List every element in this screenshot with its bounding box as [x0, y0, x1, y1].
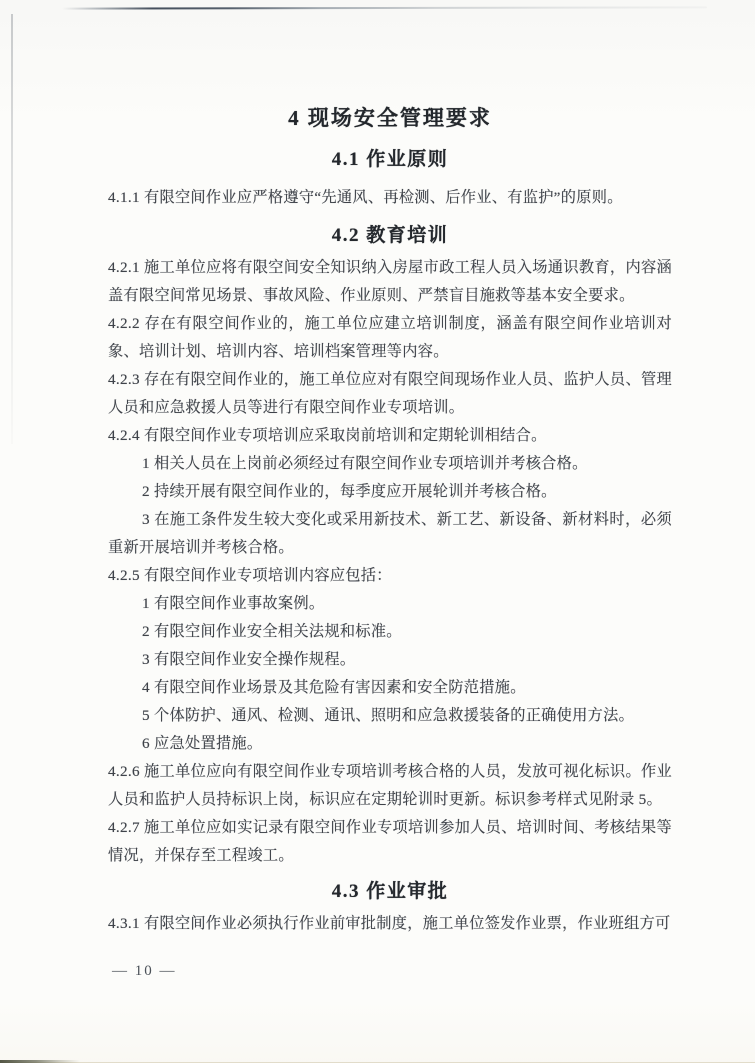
clause-4-1-1: 4.1.1 有限空间作业应严格遵守“先通风、再检测、后作业、有监护”的原则。	[108, 184, 672, 212]
chapter-heading: 4 现场安全管理要求	[108, 104, 672, 132]
scan-artifact-left-line	[11, 14, 13, 444]
scanned-document-page: 4 现场安全管理要求 4.1 作业原则 4.1.1 有限空间作业应严格遵守“先通…	[0, 0, 755, 1063]
section-heading-4-3: 4.3 作业审批	[108, 878, 672, 906]
clause-4-2-7: 4.2.7 施工单位应如实记录有限空间作业专项培训参加人员、培训时间、考核结果等…	[108, 814, 672, 870]
page-number: — 10 —	[112, 960, 177, 982]
clause-4-2-1: 4.2.1 施工单位应将有限空间安全知识纳入房屋市政工程人员入场通识教育，内容涵…	[108, 254, 672, 310]
clause-4-2-4-item-2: 2 持续开展有限空间作业的，每季度应开展轮训并考核合格。	[108, 478, 672, 506]
clause-4-2-4-item-3: 3 在施工条件发生较大变化或采用新技术、新工艺、新设备、新材料时，必须重新开展培…	[108, 506, 672, 562]
clause-4-2-5-item-2: 2 有限空间作业安全相关法规和标准。	[108, 618, 672, 646]
clause-4-2-5: 4.2.5 有限空间作业专项培训内容应包括：	[108, 562, 672, 590]
clause-4-2-5-item-5: 5 个体防护、通风、检测、通讯、照明和应急救援装备的正确使用方法。	[108, 702, 672, 730]
clause-4-2-5-item-4: 4 有限空间作业场景及其危险有害因素和安全防范措施。	[108, 674, 672, 702]
section-heading-4-1: 4.1 作业原则	[108, 146, 672, 174]
clause-4-2-2: 4.2.2 存在有限空间作业的，施工单位应建立培训制度，涵盖有限空间作业培训对象…	[108, 310, 672, 366]
clause-4-2-6: 4.2.6 施工单位应向有限空间作业专项培训考核合格的人员，发放可视化标识。作业…	[108, 758, 672, 814]
document-body: 4 现场安全管理要求 4.1 作业原则 4.1.1 有限空间作业应严格遵守“先通…	[108, 0, 672, 938]
clause-4-2-4: 4.2.4 有限空间作业专项培训应采取岗前培训和定期轮训相结合。	[108, 422, 672, 450]
clause-4-2-5-item-3: 3 有限空间作业安全操作规程。	[108, 646, 672, 674]
clause-4-2-3: 4.2.3 存在有限空间作业的，施工单位应对有限空间现场作业人员、监护人员、管理…	[108, 366, 672, 422]
clause-4-2-4-item-1: 1 相关人员在上岗前必须经过有限空间作业专项培训并考核合格。	[108, 450, 672, 478]
section-heading-4-2: 4.2 教育培训	[108, 222, 672, 250]
clause-4-2-5-item-1: 1 有限空间作业事故案例。	[108, 590, 672, 618]
clause-4-2-5-item-6: 6 应急处置措施。	[108, 730, 672, 758]
clause-4-3-1: 4.3.1 有限空间作业必须执行作业前审批制度，施工单位签发作业票，作业班组方可	[108, 910, 672, 938]
